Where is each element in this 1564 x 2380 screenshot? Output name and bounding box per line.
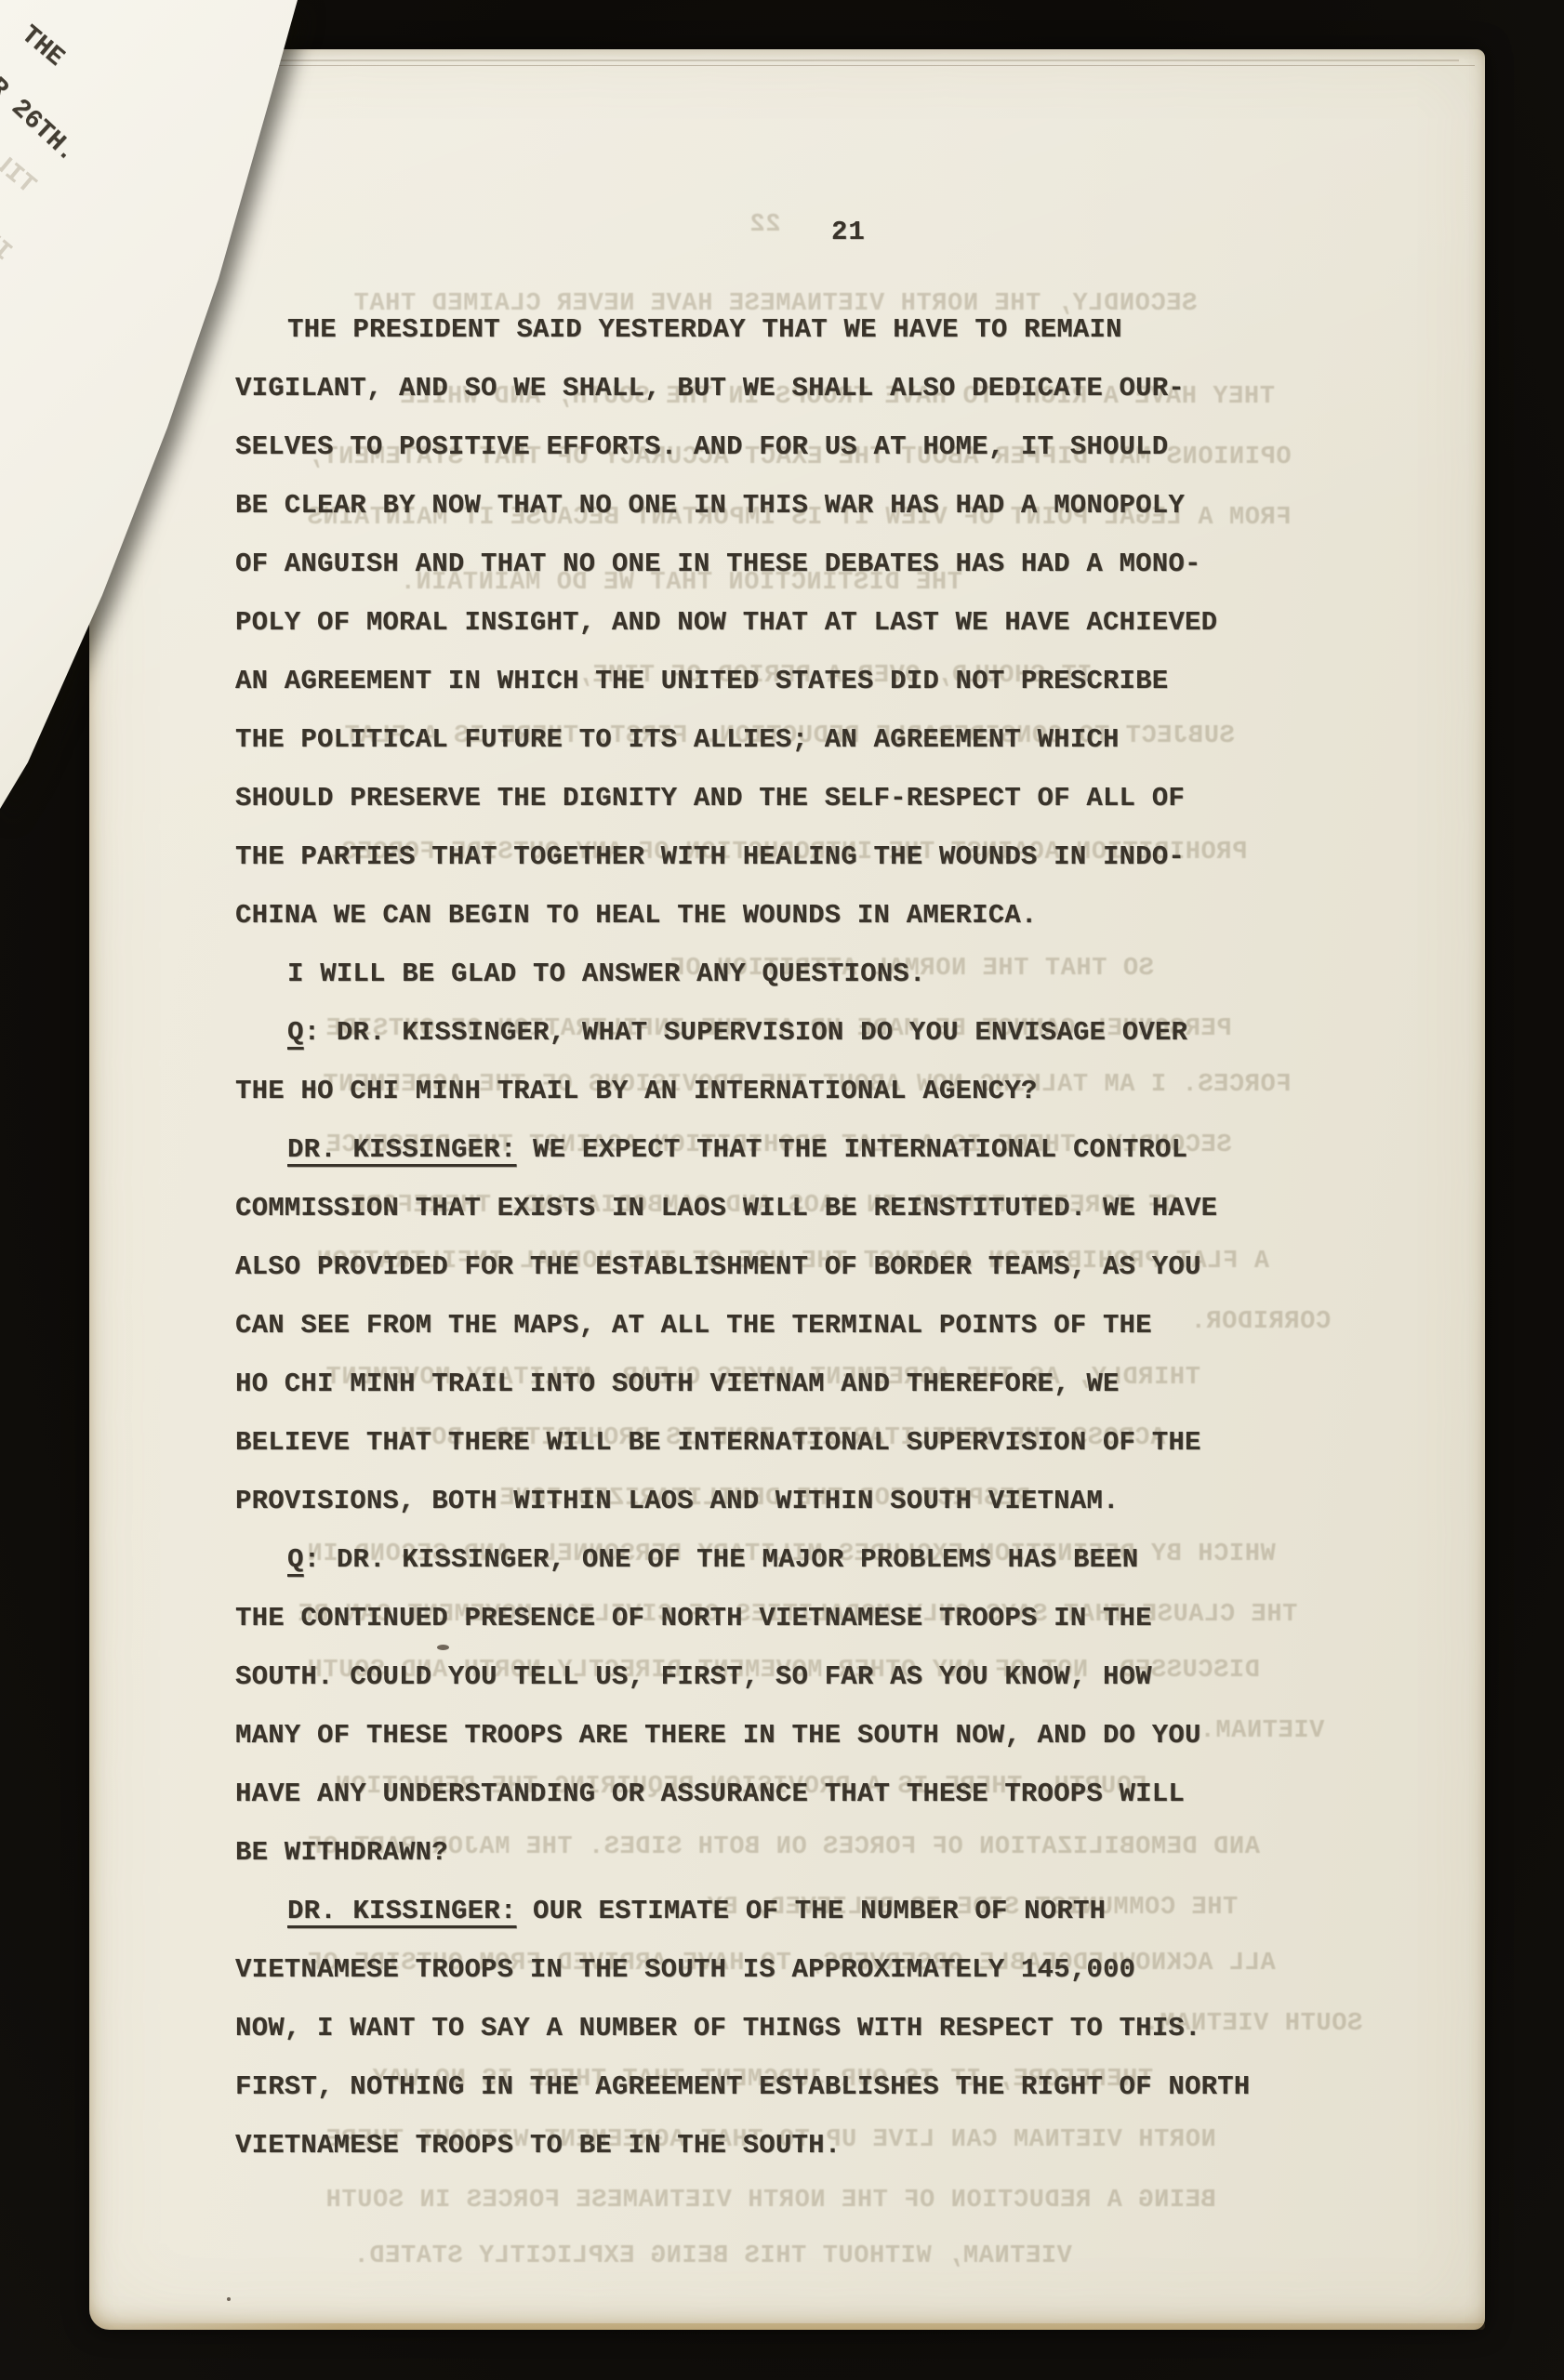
bleedthrough-line: 22 — [749, 206, 781, 244]
typed-line: THE PARTIES THAT TOGETHER WITH HEALING T… — [235, 827, 1332, 886]
typed-line: SHOULD PRESERVE THE DIGNITY AND THE SELF… — [235, 769, 1332, 827]
bleedthrough-line: VIETNAM, WITHOUT THIS BEING EXPLICITLY S… — [353, 2238, 1072, 2275]
underlined-label: Q — [287, 1017, 304, 1048]
typed-line: HO CHI MINH TRAIL INTO SOUTH VIETNAM AND… — [235, 1355, 1332, 1413]
typed-line: PROVISIONS, BOTH WITHIN LAOS AND WITHIN … — [235, 1472, 1332, 1530]
typed-line: ALSO PROVIDED FOR THE ESTABLISHMENT OF B… — [235, 1237, 1332, 1296]
typed-line: VIETNAMESE TROOPS IN THE SOUTH IS APPROX… — [235, 1940, 1332, 1999]
typed-line: Q: DR. KISSINGER, WHAT SUPERVISION DO YO… — [235, 1003, 1332, 1062]
typed-line: VIETNAMESE TROOPS TO BE IN THE SOUTH. — [235, 2116, 1332, 2175]
bleedthrough-line: BEING A REDUCTION OF THE NORTH VIETNAMES… — [325, 2182, 1216, 2219]
typed-lines: THE PRESIDENT SAID YESTERDAY THAT WE HAV… — [235, 300, 1332, 2175]
page-number: 21 — [831, 213, 866, 252]
underlined-label: DR. KISSINGER: — [287, 1896, 516, 1926]
typed-line: FIRST, NOTHING IN THE AGREEMENT ESTABLIS… — [235, 2057, 1332, 2116]
underlined-label: Q — [287, 1544, 304, 1575]
typed-line: THE CONTINUED PRESENCE OF NORTH VIETNAME… — [235, 1589, 1332, 1647]
typed-line: THE POLITICAL FUTURE TO ITS ALLIES; AN A… — [235, 710, 1332, 769]
paper-speck — [227, 2297, 231, 2301]
typed-line: HAVE ANY UNDERSTANDING OR ASSURANCE THAT… — [235, 1765, 1332, 1823]
typed-line: Q: DR. KISSINGER, ONE OF THE MAJOR PROBL… — [235, 1530, 1332, 1589]
stacked-pages-edge-line — [169, 65, 1475, 66]
typed-line: SOUTH. COULD YOU TELL US, FIRST, SO FAR … — [235, 1647, 1332, 1706]
paper-speck — [437, 1645, 449, 1650]
typed-line: CAN SEE FROM THE MAPS, AT ALL THE TERMIN… — [235, 1296, 1332, 1355]
typed-line: OF ANGUISH AND THAT NO ONE IN THESE DEBA… — [235, 535, 1332, 593]
typed-line: THE PRESIDENT SAID YESTERDAY THAT WE HAV… — [235, 300, 1332, 359]
typed-line: DR. KISSINGER: OUR ESTIMATE OF THE NUMBE… — [235, 1882, 1332, 1940]
typed-line: SELVES TO POSITIVE EFFORTS. AND FOR US A… — [235, 417, 1332, 476]
typed-line: AN AGREEMENT IN WHICH THE UNITED STATES … — [235, 652, 1332, 710]
corner-page: THER 26TH.TILIHT — [0, 0, 335, 837]
typed-line: I WILL BE GLAD TO ANSWER ANY QUESTIONS. — [235, 945, 1332, 1003]
stacked-pages-edge-line — [208, 59, 1459, 61]
typed-line: THE HO CHI MINH TRAIL BY AN INTERNATIONA… — [235, 1062, 1332, 1120]
typed-line: BE WITHDRAWN? — [235, 1823, 1332, 1882]
typed-line: NOW, I WANT TO SAY A NUMBER OF THINGS WI… — [235, 1999, 1332, 2057]
typed-line: COMMISSION THAT EXISTS IN LAOS WILL BE R… — [235, 1179, 1332, 1237]
typed-line: POLY OF MORAL INSIGHT, AND NOW THAT AT L… — [235, 593, 1332, 652]
typed-line: DR. KISSINGER: WE EXPECT THAT THE INTERN… — [235, 1120, 1332, 1179]
typed-line: MANY OF THESE TROOPS ARE THERE IN THE SO… — [235, 1706, 1332, 1765]
typed-line: BELIEVE THAT THERE WILL BE INTERNATIONAL… — [235, 1413, 1332, 1472]
typed-line: BE CLEAR BY NOW THAT NO ONE IN THIS WAR … — [235, 476, 1332, 535]
underlined-label: DR. KISSINGER: — [287, 1134, 516, 1165]
typed-line: VIGILANT, AND SO WE SHALL, BUT WE SHALL … — [235, 359, 1332, 417]
typed-line: CHINA WE CAN BEGIN TO HEAL THE WOUNDS IN… — [235, 886, 1332, 945]
